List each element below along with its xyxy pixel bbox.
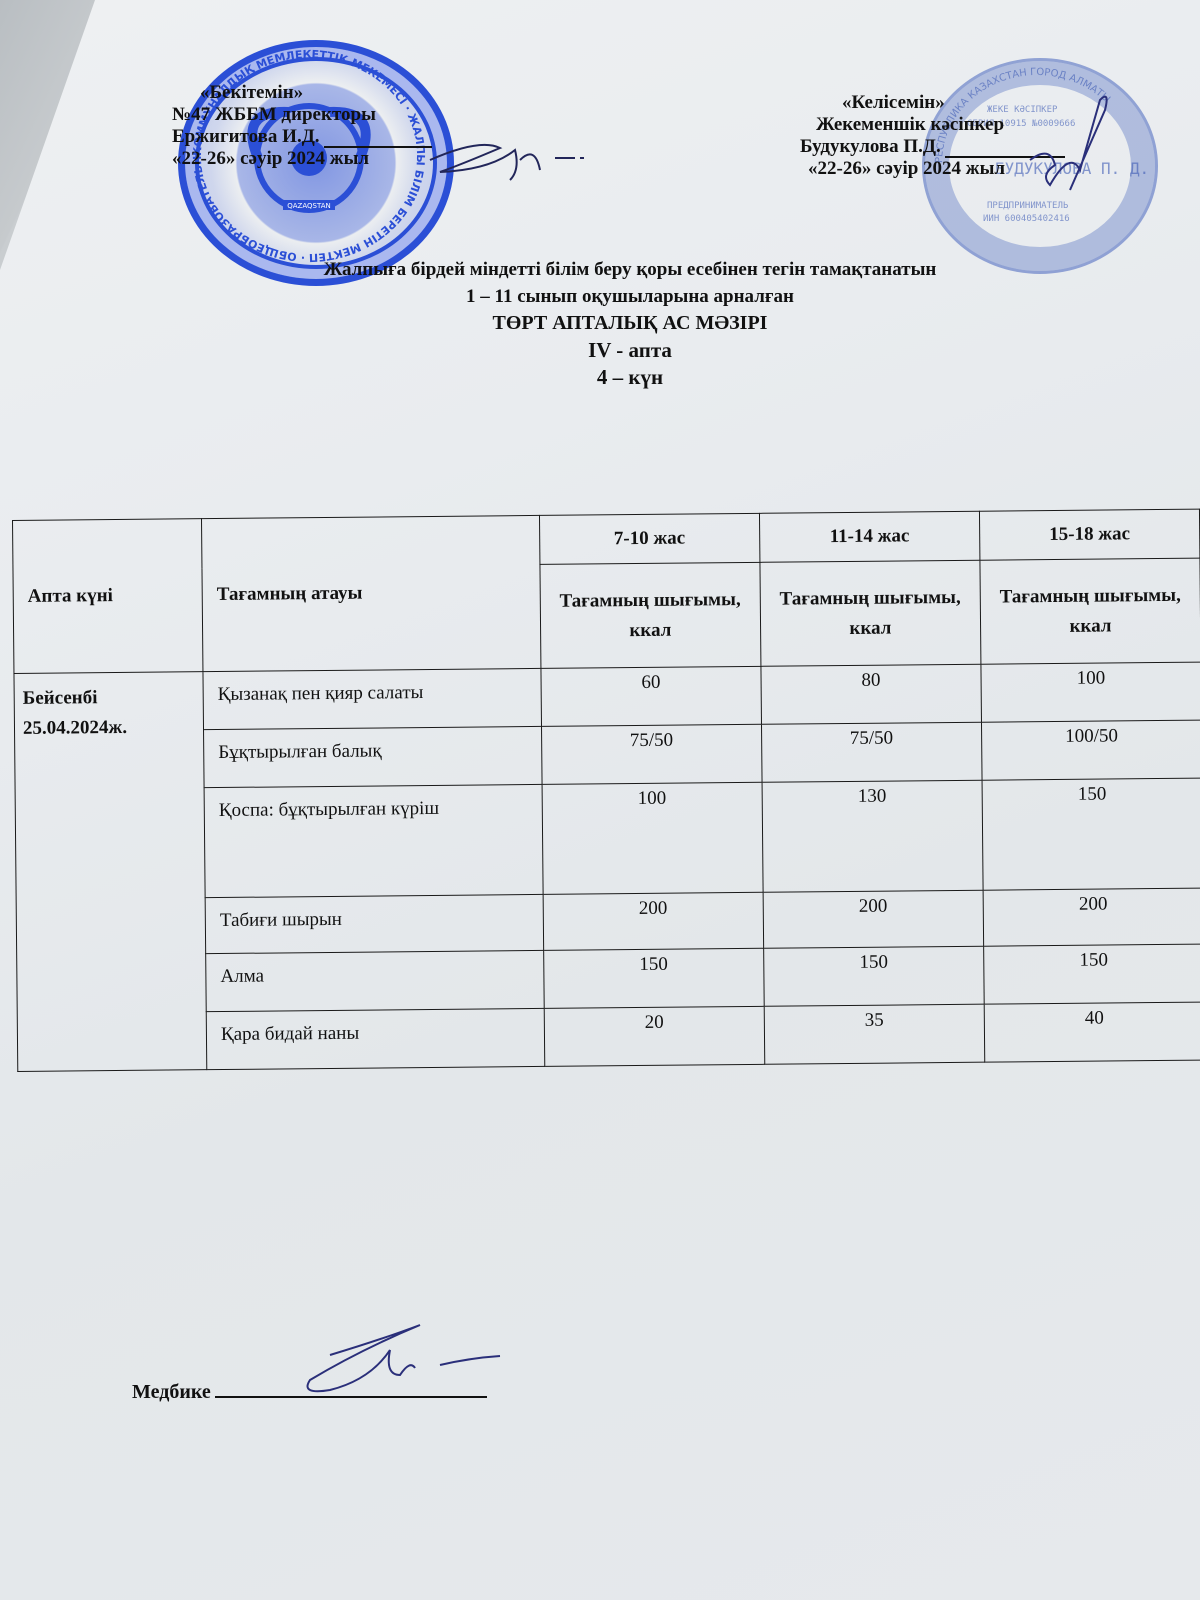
header-age-group: 15-18 жас <box>979 509 1200 560</box>
dish-name: Бұқтырылған балық <box>204 726 542 787</box>
value-cell: 200 <box>983 888 1200 946</box>
value-cell: 60 <box>541 666 762 726</box>
entrepreneur-signature <box>1010 90 1120 200</box>
title-line-1: Жалпыға бірдей міндетті білім беру қоры … <box>200 256 1060 283</box>
stamp-line: ИИН 600405402416 <box>983 214 1070 224</box>
stamp-line: ПРЕДПРИНИМАТЕЛЬ <box>987 201 1068 211</box>
date: 25.04.2024ж. <box>23 712 203 744</box>
approval-block-left: «Бекітемін» №47 ЖББМ директоры Ержигитов… <box>172 82 432 170</box>
menu-title-block: Жалпыға бірдей міндетті білім беру қоры … <box>200 256 1060 391</box>
header-dish: Тағамның атауы <box>202 515 541 671</box>
dish-name: Қызанақ пен қияр салаты <box>203 668 541 729</box>
approval-date: «22-26» сәуір 2024 жыл <box>172 148 432 170</box>
value-cell: 150 <box>982 778 1200 890</box>
value-cell: 150 <box>984 944 1200 1004</box>
value-cell: 100/50 <box>981 720 1200 780</box>
value-cell: 100 <box>542 782 763 894</box>
emblem-text: QAZAQSTAN <box>287 202 330 210</box>
value-cell: 130 <box>762 780 983 892</box>
menu-table: Апта күні Тағамның атауы 7-10 жас 11-14 … <box>12 509 1200 1072</box>
director-signature <box>420 130 590 190</box>
value-cell: 150 <box>763 946 984 1006</box>
dish-name: Алма <box>206 950 544 1011</box>
nurse-signature <box>290 1320 520 1410</box>
header-day: Апта күні <box>13 519 204 674</box>
document-page: КОММУНАЛДЫҚ МЕМЛЕКЕТТІК МЕКЕМЕСІ · ЖАЛПЫ… <box>0 0 1200 1600</box>
approval-position: №47 ЖББМ директоры <box>172 104 432 126</box>
week-label: IV - апта <box>200 337 1060 364</box>
value-cell: 150 <box>543 948 764 1008</box>
value-cell: 75/50 <box>541 724 762 784</box>
header-unit: Тағамның шығымы, ккал <box>540 562 761 668</box>
value-cell: 100 <box>981 662 1200 722</box>
header-age-group: 11-14 жас <box>759 511 980 562</box>
value-cell: 35 <box>764 1004 985 1064</box>
header-unit: Тағамның шығымы, ккал <box>980 558 1200 664</box>
menu-table-wrapper: Апта күні Тағамның атауы 7-10 жас 11-14 … <box>12 509 1200 1072</box>
title-line-2: 1 – 11 сынып оқушыларына арналған <box>200 283 1060 310</box>
value-cell: 40 <box>984 1002 1200 1062</box>
weekday: Бейсенбі <box>23 682 203 714</box>
value-cell: 200 <box>543 892 764 950</box>
header-unit: Тағамның шығымы, ккал <box>760 560 981 666</box>
approval-name: Будукулова П.Д. <box>800 136 941 157</box>
value-cell: 80 <box>761 664 982 724</box>
approval-heading: «Бекітемін» <box>172 82 432 104</box>
nurse-label: Медбике <box>132 1381 211 1403</box>
dish-name: Табиғи шырын <box>205 894 543 953</box>
day-label: 4 – күн <box>200 364 1060 391</box>
day-cell: Бейсенбі 25.04.2024ж. <box>14 672 207 1072</box>
approval-name: Ержигитова И.Д. <box>172 126 320 147</box>
value-cell: 75/50 <box>761 722 982 782</box>
title-line-3: ТӨРТ АПТАЛЫҚ АС МӘЗІРІ <box>200 310 1060 337</box>
value-cell: 200 <box>763 890 984 948</box>
dish-name: Қоспа: бұқтырылған күріш <box>204 784 543 897</box>
dish-name: Қара бидай наны <box>206 1008 544 1069</box>
value-cell: 20 <box>544 1006 765 1066</box>
header-age-group: 7-10 жас <box>539 513 760 564</box>
